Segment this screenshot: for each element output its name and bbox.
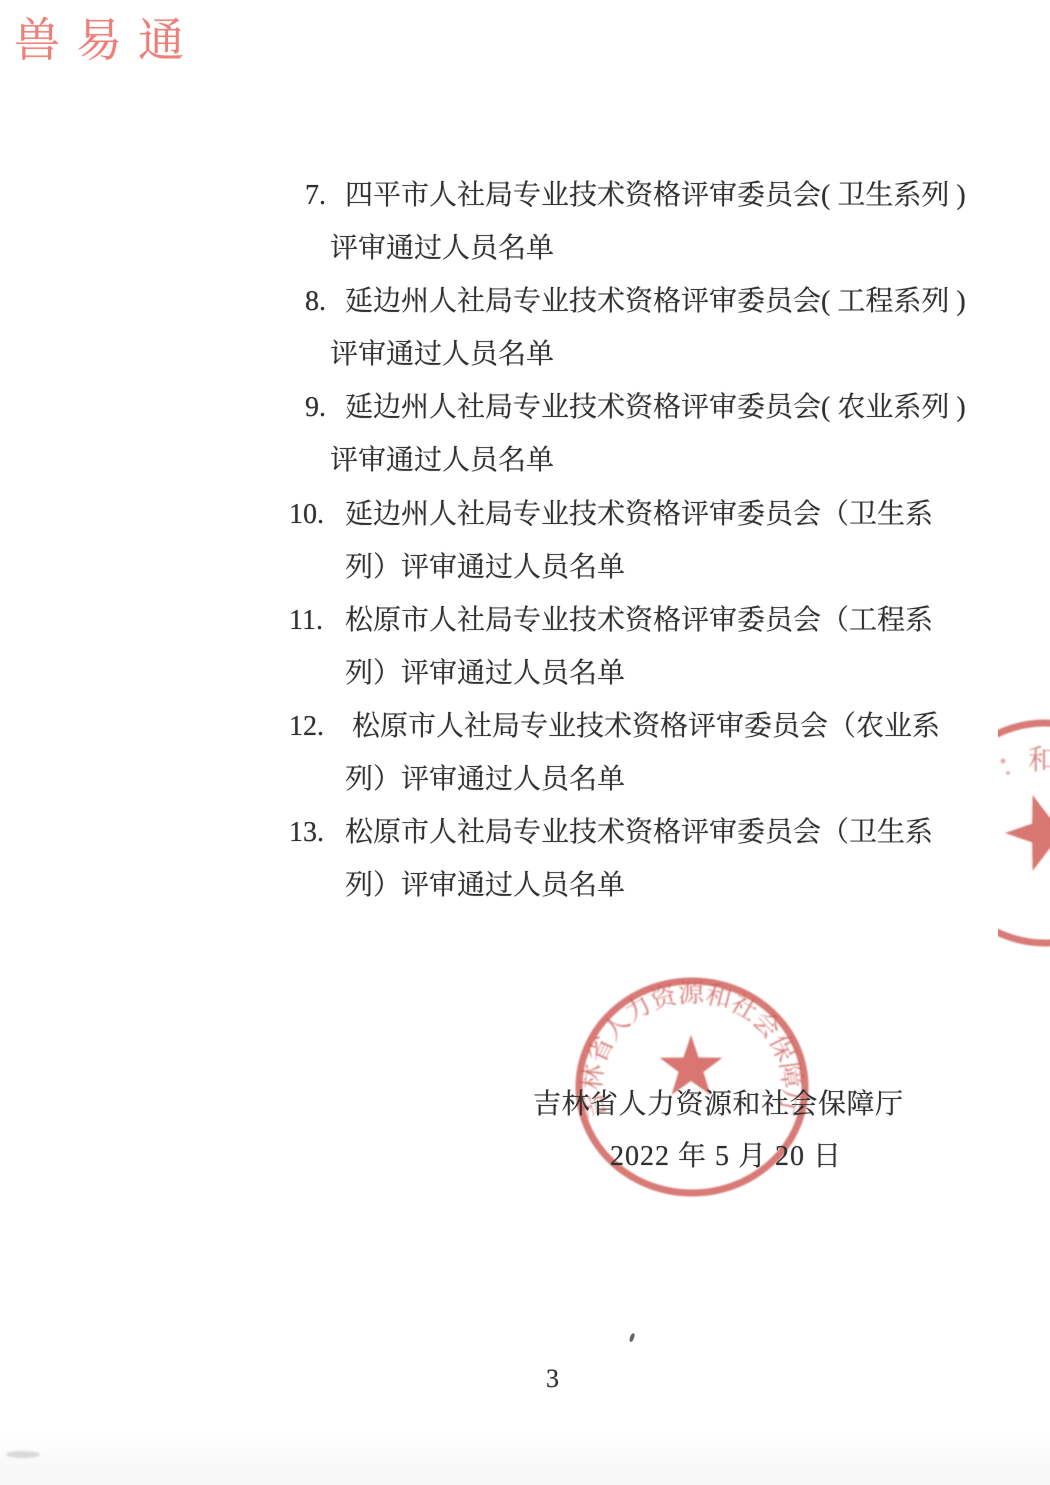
item-number: 10. — [289, 499, 345, 531]
list-item-line1: 8.延边州人社局专业技术资格评审委员会( 工程系列 ) — [289, 286, 994, 318]
item-text: 松原市人社局专业技术资格评审委员会（卫生系 — [345, 817, 933, 848]
item-number: 9. — [305, 392, 345, 424]
list-item-line1: 9.延边州人社局专业技术资格评审委员会( 农业系列 ) — [289, 392, 994, 424]
item-number: 13. — [289, 817, 345, 849]
ink-dot — [1006, 771, 1010, 775]
page-number: 3 — [546, 1364, 559, 1394]
scan-speck — [6, 1451, 40, 1458]
list-item-line2: 列）评审通过人员名单 — [289, 764, 994, 796]
list-item-line1: 11.松原市人社局专业技术资格评审委员会（工程系 — [289, 605, 994, 637]
list-item: 9.延边州人社局专业技术资格评审委员会( 农业系列 ) 评审通过人员名单 — [289, 392, 994, 477]
item-text: 四平市人社局专业技术资格评审委员会( 卫生系列 ) — [345, 180, 966, 211]
list-item-line1: 12. 松原市人社局专业技术资格评审委员会（农业系 — [289, 711, 994, 743]
list-item-line1: 13.松原市人社局专业技术资格评审委员会（卫生系 — [289, 817, 994, 849]
list-item: 13.松原市人社局专业技术资格评审委员会（卫生系 列）评审通过人员名单 — [289, 817, 994, 902]
list-item-line1: 10.延边州人社局专业技术资格评审委员会（卫生系 — [289, 499, 994, 531]
list-item: 10.延边州人社局专业技术资格评审委员会（卫生系 列）评审通过人员名单 — [289, 499, 994, 584]
partial-seal-char: 和 — [1028, 744, 1050, 776]
ink-dot — [1001, 759, 1006, 764]
list-item: 8.延边州人社局专业技术资格评审委员会( 工程系列 ) 评审通过人员名单 — [289, 286, 994, 371]
list-item-line2: 评审通过人员名单 — [289, 233, 994, 265]
list-item-line2: 评审通过人员名单 — [289, 339, 994, 371]
item-text: 延边州人社局专业技术资格评审委员会( 农业系列 ) — [345, 392, 966, 423]
list-item-line2: 列）评审通过人员名单 — [289, 552, 994, 584]
item-text: 延边州人社局专业技术资格评审委员会（卫生系 — [345, 499, 933, 530]
ink-speck — [629, 1333, 636, 1343]
list-item-line1: 7.四平市人社局专业技术资格评审委员会( 卫生系列 ) — [289, 180, 994, 212]
item-number: 11. — [289, 605, 345, 637]
partial-seal-star-icon — [1005, 795, 1050, 871]
item-number: 12. — [289, 711, 345, 743]
list-item-line2: 列）评审通过人员名单 — [289, 658, 994, 690]
item-text: 松原市人社局专业技术资格评审委员会（农业系 — [345, 711, 940, 742]
list-item: 7.四平市人社局专业技术资格评审委员会( 卫生系列 ) 评审通过人员名单 — [289, 180, 994, 265]
watermark-text: 兽易通 — [14, 4, 200, 70]
signature-org: 吉林省人力资源和社会保障厅 — [533, 1082, 904, 1122]
partial-seal: 和 — [998, 700, 1050, 962]
list-item-line2: 列）评审通过人员名单 — [289, 870, 994, 902]
item-number: 8. — [305, 286, 345, 318]
list-item: 12. 松原市人社局专业技术资格评审委员会（农业系 列）评审通过人员名单 — [289, 711, 994, 796]
item-text: 松原市人社局专业技术资格评审委员会（工程系 — [345, 605, 933, 636]
scanned-document-page: { "watermark": { "text": "兽易通", "color":… — [0, 0, 1050, 1485]
scan-shade — [0, 1429, 1050, 1485]
list-item: 11.松原市人社局专业技术资格评审委员会（工程系 列）评审通过人员名单 — [289, 605, 994, 690]
list-item-line2: 评审通过人员名单 — [289, 445, 994, 477]
item-number: 7. — [305, 180, 345, 212]
signature-date: 2022 年 5 月 20 日 — [610, 1134, 842, 1174]
item-text: 延边州人社局专业技术资格评审委员会( 工程系列 ) — [345, 286, 966, 317]
